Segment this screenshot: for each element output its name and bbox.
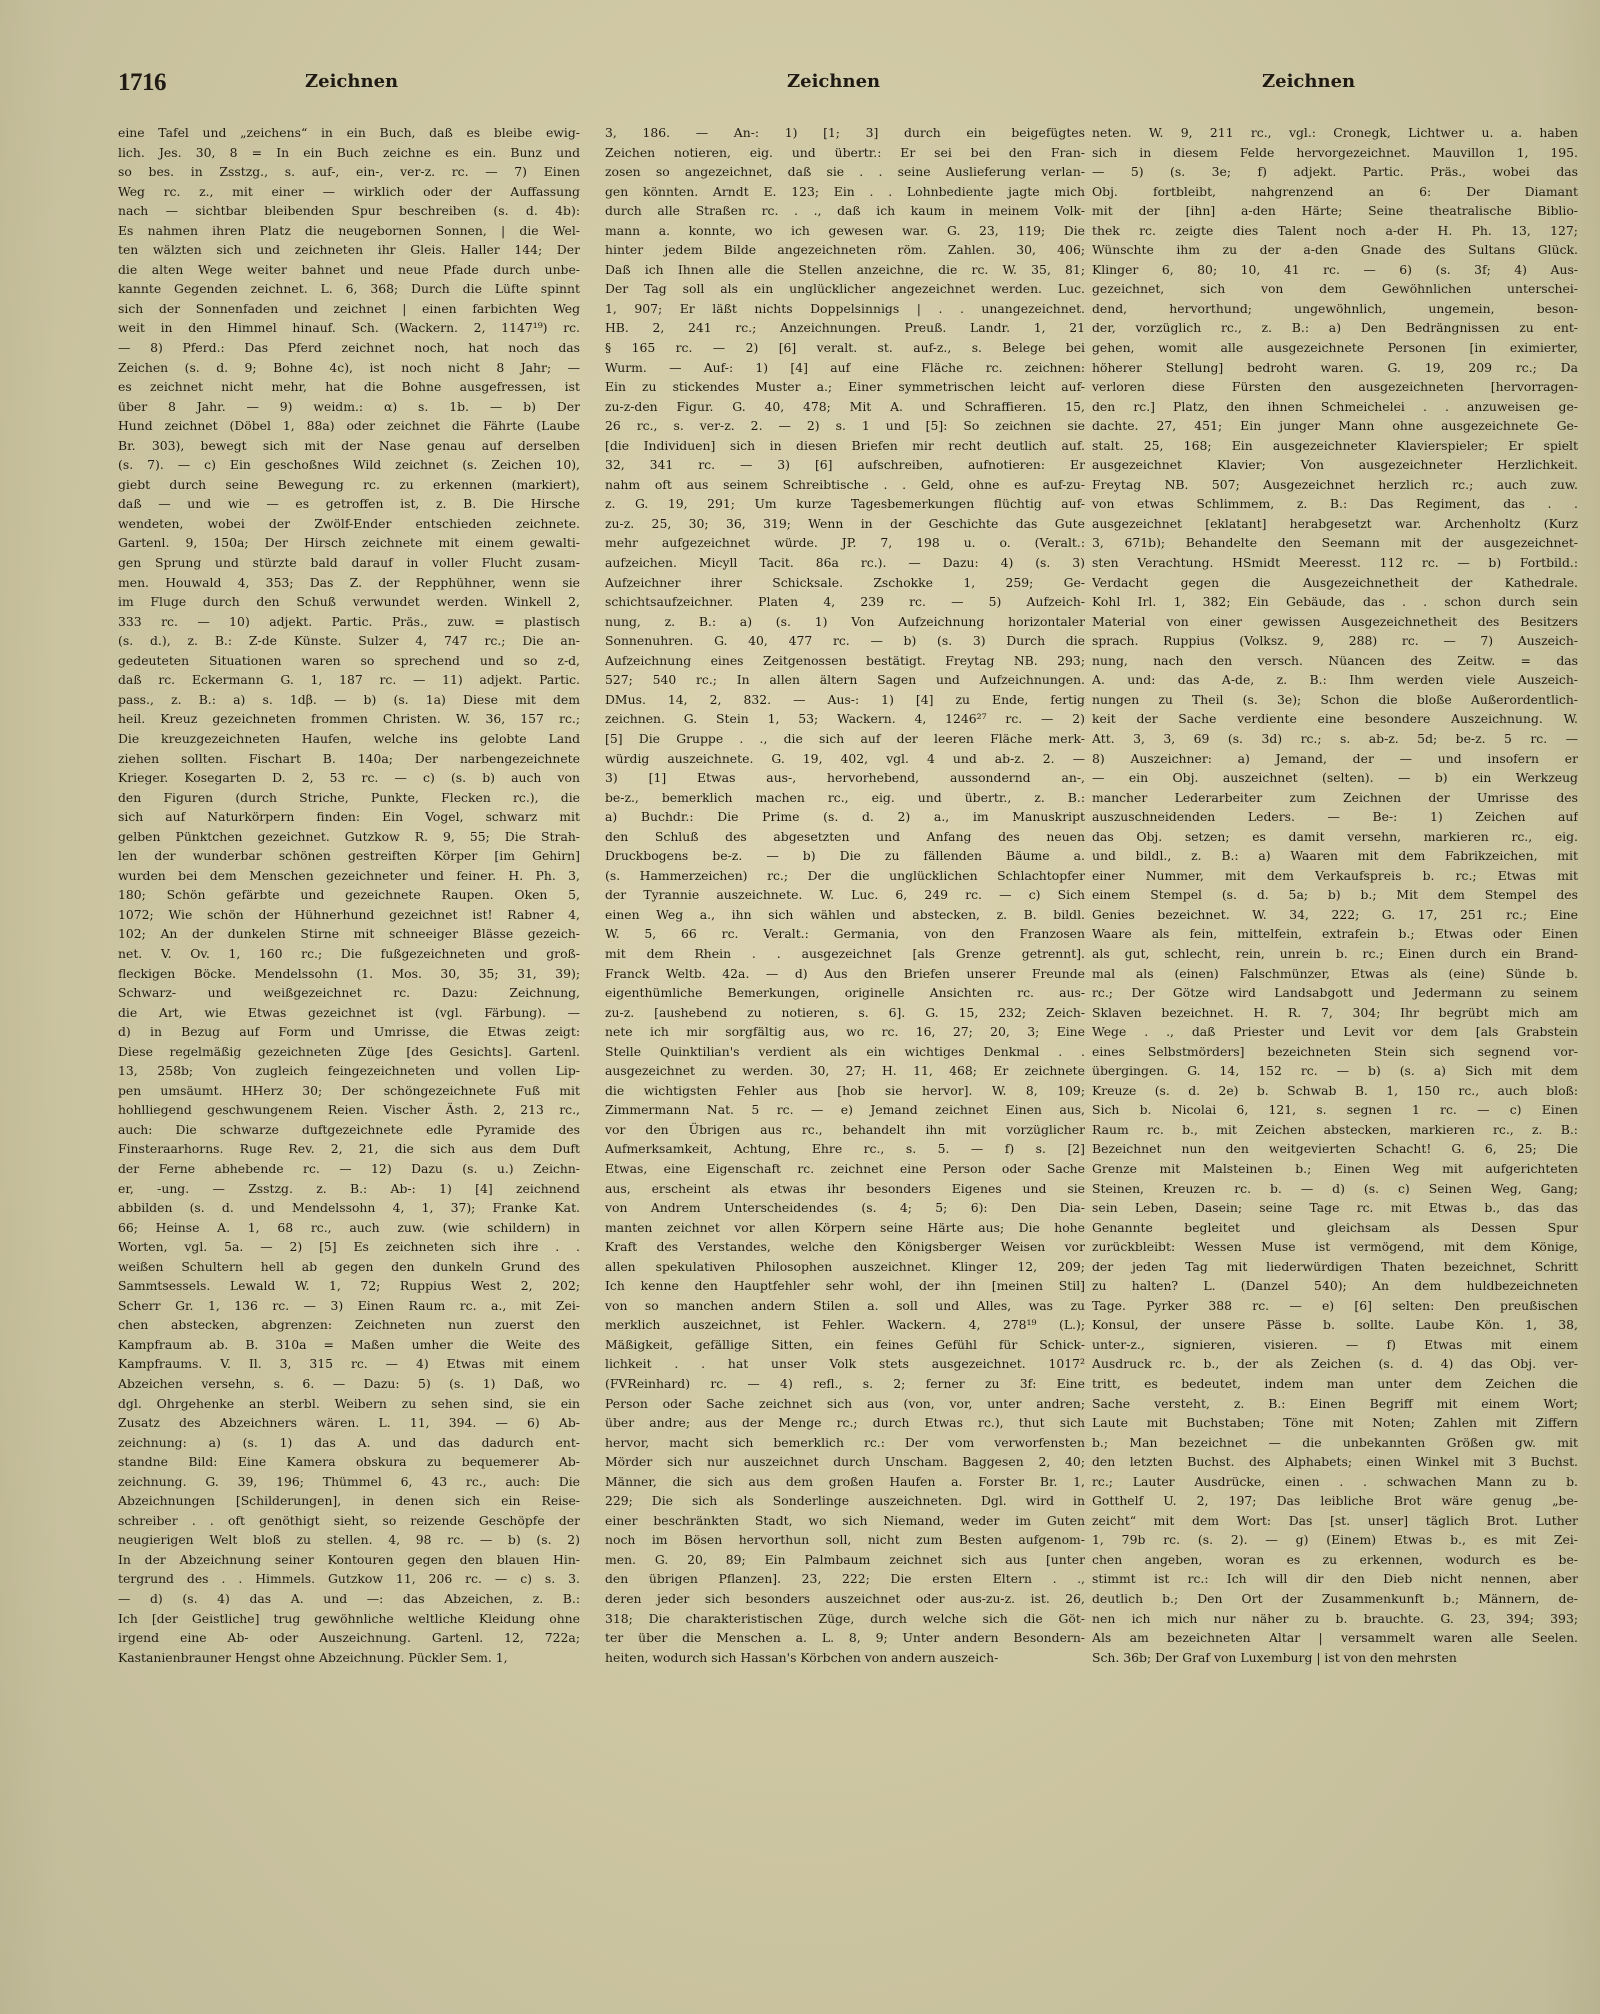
text-line: Sonnenuhren. G. 40, 477 rc. — b) (s. 3) …	[605, 631, 1085, 651]
text-line: Ein zu stickendes Muster a.; Einer symme…	[605, 377, 1085, 397]
text-line: (s. 7). — c) Ein geschoßnes Wild zeichne…	[118, 455, 580, 475]
text-line: eigenthümliche Bemerkungen, originelle A…	[605, 983, 1085, 1003]
text-line: b.; Man bezeichnet — die unbekannten Grö…	[1092, 1433, 1578, 1453]
text-line: Att. 3, 3, 69 (s. 3d) rc.; s. ab-z. 5d; …	[1092, 729, 1578, 749]
text-line: einen Weg a., ihn sich wählen und abstec…	[605, 905, 1085, 925]
text-line: Sklaven bezeichnet. H. R. 7, 304; Ihr be…	[1092, 1003, 1578, 1023]
text-line: von etwas Schlimmem, z. B.: Das Regiment…	[1092, 494, 1578, 514]
text-line: chen abstecken, abgrenzen: Zeichneten nu…	[118, 1315, 580, 1335]
text-line: eines Selbstmörders] bezeichneten Stein …	[1092, 1042, 1578, 1062]
text-line: auszuschneidenden Leders. — Be-: 1) Zeic…	[1092, 807, 1578, 827]
text-line: Abzeichen versehn, s. 6. — Dazu: 5) (s. …	[118, 1374, 580, 1394]
text-line: 1072; Wie schön der Hühnerhund gezeichne…	[118, 905, 580, 925]
text-line: Schwarz- und weißgezeichnet rc. Dazu: Ze…	[118, 983, 580, 1003]
running-head-right: Zeichnen	[1262, 71, 1355, 92]
text-line: 318; Die charakteristischen Züge, durch …	[605, 1609, 1085, 1629]
text-line: allen spekulativen Philosophen auszeichn…	[605, 1257, 1085, 1277]
text-line: weit in den Himmel hinauf. Sch. (Wackern…	[118, 318, 580, 338]
text-line: Wege . ., daß Priester und Levit vor dem…	[1092, 1022, 1578, 1042]
text-line: nete ich mir sorgfältig aus, wo rc. 16, …	[605, 1022, 1085, 1042]
text-line: 3, 186. — An-: 1) [1; 3] durch ein beige…	[605, 123, 1085, 143]
text-line: Bezeichnet nun den weitgevierten Schacht…	[1092, 1139, 1578, 1159]
text-line: zu-z. 25, 30; 36, 319; Wenn in der Gesch…	[605, 514, 1085, 534]
text-line: den übrigen Pflanzen]. 23, 222; Die erst…	[605, 1569, 1085, 1589]
text-line: nen ich mich nur näher zu b. brauchte. G…	[1092, 1609, 1578, 1629]
text-line: hervor, macht sich bemerklich rc.: Der v…	[605, 1433, 1085, 1453]
text-line: daß rc. Eckermann G. 1, 187 rc. — 11) ad…	[118, 670, 580, 690]
text-line: Etwas, eine Eigenschaft rc. zeichnet ein…	[605, 1159, 1085, 1179]
text-line: Zeichen notieren, eig. und übertr.: Er s…	[605, 143, 1085, 163]
text-line: § 165 rc. — 2) [6] veralt. st. auf-z., s…	[605, 338, 1085, 358]
text-line: neten. W. 9, 211 rc., vgl.: Cronegk, Lic…	[1092, 123, 1578, 143]
text-line: daß — und wie — es getroffen ist, z. B. …	[118, 494, 580, 514]
text-line: dgl. Ohrgehenke an sterbl. Weibern zu se…	[118, 1394, 580, 1414]
text-line: a) Buchdr.: Die Prime (s. d. 2) a., im M…	[605, 807, 1085, 827]
text-line: In der Abzeichnung seiner Kontouren gege…	[118, 1550, 580, 1570]
text-line: 333 rc. — 10) adjekt. Partic. Präs., zuw…	[118, 612, 580, 632]
text-line: ausgezeichnet Klavier; Von ausgezeichnet…	[1092, 455, 1578, 475]
text-line: es zeichnet nicht mehr, hat die Bohne au…	[118, 377, 580, 397]
text-line: der Ferne abhebende rc. — 12) Dazu (s. u…	[118, 1159, 580, 1179]
text-line: Kraft des Verstandes, welche den Königsb…	[605, 1237, 1085, 1257]
text-line: pass., z. B.: a) s. 1dβ. — b) (s. 1a) Di…	[118, 690, 580, 710]
text-line: mehr aufgezeichnet würde. JP. 7, 198 u. …	[605, 533, 1085, 553]
text-line: 26 rc., s. ver-z. 2. — 2) s. 1 und [5]: …	[605, 416, 1085, 436]
text-line: schreiber . . oft genöthigt sieht, so re…	[118, 1511, 580, 1531]
text-line: den Schluß des abgesetzten und Anfang de…	[605, 827, 1085, 847]
text-line: Gartenl. 9, 150a; Der Hirsch zeichnete m…	[118, 533, 580, 553]
text-line: DMus. 14, 2, 832. — Aus-: 1) [4] zu Ende…	[605, 690, 1085, 710]
text-line: einem Stempel (s. d. 5a; b) b.; Mit dem …	[1092, 885, 1578, 905]
text-line: A. und: das A-de, z. B.: Ihm werden viel…	[1092, 670, 1578, 690]
text-line: gehen, womit alle ausgezeichnete Persone…	[1092, 338, 1578, 358]
text-line: standne Bild: Eine Kamera obskura zu beq…	[118, 1452, 580, 1472]
text-line: deutlich b.; Den Ort der Zusammenkunft b…	[1092, 1589, 1578, 1609]
text-line: so bes. in Zsstzg., s. auf-, ein-, ver-z…	[118, 162, 580, 182]
text-line: Die kreuzgezeichneten Haufen, welche ins…	[118, 729, 580, 749]
text-line: den rc.] Platz, den ihnen Schmeichelei .…	[1092, 397, 1578, 417]
text-line: Hund zeichnet (Döbel 1, 88a) oder zeichn…	[118, 416, 580, 436]
text-line: Laute mit Buchstaben; Töne mit Noten; Za…	[1092, 1413, 1578, 1433]
text-line: zeicht“ mit dem Wort: Das [st. unser] tä…	[1092, 1511, 1578, 1531]
text-line: durch alle Straßen rc. . ., daß ich kaum…	[605, 201, 1085, 221]
text-line: Sache versteht, z. B.: Einen Begriff mit…	[1092, 1394, 1578, 1414]
text-line: Mäßigkeit, gefällige Sitten, ein feines …	[605, 1335, 1085, 1355]
running-head-middle: Zeichnen	[787, 71, 880, 92]
text-line: Aufmerksamkeit, Achtung, Ehre rc., s. 5.…	[605, 1139, 1085, 1159]
page-header: 1716 Zeichnen Zeichnen Zeichnen	[0, 63, 1600, 103]
text-line: Waare als fein, mittelfein, extrafein b.…	[1092, 924, 1578, 944]
text-line: stalt. 25, 168; Ein ausgezeichneter Klav…	[1092, 436, 1578, 456]
text-line: gezeichnet, sich von dem Gewöhnlichen un…	[1092, 279, 1578, 299]
text-line: [die Individuen] sich in diesen Briefen …	[605, 436, 1085, 456]
text-line: ter über die Menschen a. L. 8, 9; Unter …	[605, 1628, 1085, 1648]
text-line: (s. Hammerzeichen) rc.; Der die unglückl…	[605, 866, 1085, 886]
text-line: Zusatz des Abzeichners wären. L. 11, 394…	[118, 1413, 580, 1433]
text-line: Kampfraums. V. Il. 3, 315 rc. — 4) Etwas…	[118, 1354, 580, 1374]
text-line: Ausdruck rc. b., der als Zeichen (s. d. …	[1092, 1354, 1578, 1374]
text-line: das Obj. setzen; es damit versehn, marki…	[1092, 827, 1578, 847]
text-line: Krieger. Kosegarten D. 2, 53 rc. — c) (s…	[118, 768, 580, 788]
text-line: wurden bei dem Menschen gezeichneter und…	[118, 866, 580, 886]
text-line: dend, hervorthund; ungewöhnlich, ungemei…	[1092, 299, 1578, 319]
dictionary-page: 1716 Zeichnen Zeichnen Zeichnen eine Taf…	[0, 0, 1600, 2014]
text-column-left: eine Tafel und „zeichens“ in ein Buch, d…	[118, 123, 580, 1667]
text-line: Scherr Gr. 1, 136 rc. — 3) Einen Raum rc…	[118, 1296, 580, 1316]
text-line: einer beschränkten Stadt, wo sich Nieman…	[605, 1511, 1085, 1531]
text-line: den letzten Buchst. des Alphabets; einen…	[1092, 1452, 1578, 1472]
text-line: die alten Wege weiter bahnet und neue Pf…	[118, 260, 580, 280]
text-line: Genannte begleitet und gleichsam als Des…	[1092, 1218, 1578, 1238]
text-line: Wurm. — Auf-: 1) [4] auf eine Fläche rc.…	[605, 358, 1085, 378]
text-line: gen könnten. Arndt E. 123; Ein . . Lohnb…	[605, 182, 1085, 202]
text-line: len der wunderbar schönen gestreiften Kö…	[118, 846, 580, 866]
text-line: Klinger 6, 80; 10, 41 rc. — 6) (s. 3f; 4…	[1092, 260, 1578, 280]
text-line: 3, 671b); Behandelte den Seemann mit der…	[1092, 533, 1578, 553]
text-line: HB. 2, 241 rc.; Anzeichnungen. Preuß. La…	[605, 318, 1085, 338]
text-line: gen Sprung und stürzte bald darauf in vo…	[118, 553, 580, 573]
text-line: unter-z., signieren, visieren. — f) Etwa…	[1092, 1335, 1578, 1355]
text-line: zeichnen. G. Stein 1, 53; Wackern. 4, 12…	[605, 709, 1085, 729]
text-line: [5] Die Gruppe . ., die sich auf der lee…	[605, 729, 1085, 749]
text-line: nahm oft aus seinem Schreibtische . . Ge…	[605, 475, 1085, 495]
text-line: W. 5, 66 rc. Veralt.: Germania, von den …	[605, 924, 1085, 944]
text-line: Diese regelmäßig gezeichneten Züge [des …	[118, 1042, 580, 1062]
text-line: Kastanienbrauner Hengst ohne Abzeichnung…	[118, 1648, 580, 1668]
text-line: die Art, wie Etwas gezeichnet ist (vgl. …	[118, 1003, 580, 1023]
text-line: ten wälzten sich und zeichneten ihr Glei…	[118, 240, 580, 260]
text-line: Wünschte ihm zu der a-den Gnade des Sult…	[1092, 240, 1578, 260]
text-line: 32, 341 rc. — 3) [6] aufschreiben, aufno…	[605, 455, 1085, 475]
text-line: schichtsaufzeichner. Platen 4, 239 rc. —…	[605, 592, 1085, 612]
text-line: men. Houwald 4, 353; Das Z. der Repphühn…	[118, 573, 580, 593]
text-line: pen umsäumt. HHerz 30; Der schöngezeichn…	[118, 1081, 580, 1101]
text-line: auch: Die schwarze duftgezeichnete edle …	[118, 1120, 580, 1140]
text-line: sein Leben, Dasein; seine Tage rc. mit E…	[1092, 1198, 1578, 1218]
text-line: 229; Die sich als Sonderlinge auszeichne…	[605, 1491, 1085, 1511]
text-line: die wichtigsten Fehler aus [hob sie herv…	[605, 1081, 1085, 1101]
text-line: net. V. Ov. 1, 160 rc.; Die fußgezeichne…	[118, 944, 580, 964]
text-line: Verdacht gegen die Ausgezeichnetheit der…	[1092, 573, 1578, 593]
text-line: Freytag NB. 507; Ausgezeichnet herzlich …	[1092, 475, 1578, 495]
text-line: (FVReinhard) rc. — 4) refl., s. 2; ferne…	[605, 1374, 1085, 1394]
text-line: neugierigen Welt bloß zu stellen. 4, 98 …	[118, 1530, 580, 1550]
text-line: Daß ich Ihnen alle die Stellen anzeichne…	[605, 260, 1085, 280]
text-line: über andre; aus der Menge rc.; durch Etw…	[605, 1413, 1085, 1433]
text-line: Worten, vgl. 5a. — 2) [5] Es zeichneten …	[118, 1237, 580, 1257]
text-line: Franck Weltb. 42a. — d) Aus den Briefen …	[605, 964, 1085, 984]
text-line: tritt, es bedeutet, indem man unter dem …	[1092, 1374, 1578, 1394]
running-head-left: Zeichnen	[305, 71, 398, 92]
text-line: sich in diesem Felde hervorgezeichnet. M…	[1092, 143, 1578, 163]
text-line: übergingen. G. 14, 152 rc. — b) (s. a) S…	[1092, 1061, 1578, 1081]
text-line: irgend eine Ab- oder Auszeichnung. Garte…	[118, 1628, 580, 1648]
text-column-right: neten. W. 9, 211 rc., vgl.: Cronegk, Lic…	[1092, 123, 1578, 1667]
text-line: gelben Pünktchen gezeichnet. Gutzkow R. …	[118, 827, 580, 847]
text-line: 180; Schön gefärbte und gezeichnete Raup…	[118, 885, 580, 905]
text-line: wendeten, wobei der Zwölf-Ender entschie…	[118, 514, 580, 534]
text-line: rc.; Der Götze wird Landsabgott und Jede…	[1092, 983, 1578, 1003]
text-line: ziehen sollten. Fischart B. 140a; Der na…	[118, 749, 580, 769]
text-line: der Tyrannie auszeichnete. W. Luc. 6, 24…	[605, 885, 1085, 905]
text-line: Sch. 36b; Der Graf von Luxemburg | ist v…	[1092, 1648, 1578, 1668]
text-line: sprach. Ruppius (Volksz. 9, 288) rc. — 7…	[1092, 631, 1578, 651]
text-line: mann a. konnte, wo ich gewesen war. G. 2…	[605, 221, 1085, 241]
text-line: zosen so angezeichnet, daß sie . . seine…	[605, 162, 1085, 182]
text-line: lich. Jes. 30, 8 = In ein Buch zeichne e…	[118, 143, 580, 163]
text-line: Grenze mit Malsteinen b.; Einen Weg mit …	[1092, 1159, 1578, 1179]
text-line: der, vorzüglich rc., z. B.: a) Den Bedrä…	[1092, 318, 1578, 338]
text-line: über 8 Jahr. — 9) weidm.: α) s. 1b. — b)…	[118, 397, 580, 417]
text-line: aus, erscheint als etwas ihr besonders E…	[605, 1179, 1085, 1199]
text-line: er, -ung. — Zsstzg. z. B.: Ab-: 1) [4] z…	[118, 1179, 580, 1199]
text-line: ausgezeichnet zu werden. 30, 27; H. 11, …	[605, 1061, 1085, 1081]
text-line: mancher Lederarbeiter zum Zeichnen der U…	[1092, 788, 1578, 808]
text-line: keit der Sache verdiente eine besondere …	[1092, 709, 1578, 729]
text-line: noch im Bösen hervorthun soll, nicht zum…	[605, 1530, 1085, 1550]
text-line: zu-z-den Figur. G. 40, 478; Mit A. und S…	[605, 397, 1085, 417]
text-line: — 8) Pferd.: Das Pferd zeichnet noch, ha…	[118, 338, 580, 358]
text-line: Stelle Quinktilian's verdient als ein wi…	[605, 1042, 1085, 1062]
text-line: Genies bezeichnet. W. 34, 222; G. 17, 25…	[1092, 905, 1578, 925]
text-line: chen angeben, woran es zu erkennen, wodu…	[1092, 1550, 1578, 1570]
text-line: zu halten? L. (Danzel 540); An dem huldb…	[1092, 1276, 1578, 1296]
text-line: Als am bezeichneten Altar | versammelt w…	[1092, 1628, 1578, 1648]
text-line: Zimmermann Nat. 5 rc. — e) Jemand zeichn…	[605, 1100, 1085, 1120]
text-line: verloren diese Fürsten den ausgezeichnet…	[1092, 377, 1578, 397]
text-line: als gut, schlecht, rein, unrein b. rc.; …	[1092, 944, 1578, 964]
text-line: und bildl., z. B.: a) Waaren mit dem Fab…	[1092, 846, 1578, 866]
text-line: Gotthelf U. 2, 197; Das leibliche Brot w…	[1092, 1491, 1578, 1511]
page-number: 1716	[118, 69, 166, 97]
text-line: 1, 79b rc. (s. 2). — g) (Einem) Etwas b.…	[1092, 1530, 1578, 1550]
text-line: Material von einer gewissen Ausgezeichne…	[1092, 612, 1578, 632]
text-line: Ich [der Geistliche] trug gewöhnliche we…	[118, 1609, 580, 1629]
text-line: Raum rc. b., mit Zeichen abstecken, mark…	[1092, 1120, 1578, 1140]
text-line: tergrund des . . Himmels. Gutzkow 11, 20…	[118, 1569, 580, 1589]
text-line: Männer, die sich aus dem großen Haufen a…	[605, 1472, 1085, 1492]
text-line: men. G. 20, 89; Ein Palmbaum zeichnet si…	[605, 1550, 1085, 1570]
text-line: Der Tag soll als ein unglücklicher angez…	[605, 279, 1085, 299]
text-line: — d) (s. 4) das A. und —: das Abzeichen,…	[118, 1589, 580, 1609]
text-line: Zeichen (s. d. 9; Bohne 4c), ist noch ni…	[118, 358, 580, 378]
text-line: Mörder sich nur auszeichnet durch Unscha…	[605, 1452, 1085, 1472]
text-line: aufzeichen. Micyll Tacit. 86a rc.). — Da…	[605, 553, 1085, 573]
text-line: 102; An der dunkelen Stirne mit schneeig…	[118, 924, 580, 944]
text-line: Sich b. Nicolai 6, 121, s. segnen 1 rc. …	[1092, 1100, 1578, 1120]
text-line: im Fluge durch den Schuß verwundet werde…	[118, 592, 580, 612]
text-line: 527; 540 rc.; In allen ältern Sagen und …	[605, 670, 1085, 690]
text-line: nung, z. B.: a) (s. 1) Von Aufzeichnung …	[605, 612, 1085, 632]
text-line: mit dem Rhein . . ausgezeichnet [als Gre…	[605, 944, 1085, 964]
text-line: vor den Übrigen aus rc., behandelt ihn m…	[605, 1120, 1085, 1140]
text-line: giebt durch seine Bewegung rc. zu erkenn…	[118, 475, 580, 495]
text-line: von Andrem Unterscheidendes (s. 4; 5; 6)…	[605, 1198, 1085, 1218]
text-line: 3) [1] Etwas aus-, hervorhebend, aussond…	[605, 768, 1085, 788]
text-line: Kreuze (s. d. 2e) b. Schwab B. 1, 150 rc…	[1092, 1081, 1578, 1101]
text-line: heiten, wodurch sich Hassan's Körbchen v…	[605, 1648, 1085, 1668]
text-line: Aufzeichner ihrer Schicksale. Zschokke 1…	[605, 573, 1085, 593]
text-line: sich der Sonnenfaden und zeichnet | eine…	[118, 299, 580, 319]
text-line: lichkeit . . hat unser Volk stets ausgez…	[605, 1354, 1085, 1374]
text-line: zu-z. [aushebend zu notieren, s. 6]. G. …	[605, 1003, 1085, 1023]
text-line: dachte. 27, 451; Ein junger Mann ohne au…	[1092, 416, 1578, 436]
text-line: Tage. Pyrker 388 rc. — e) [6] selten: De…	[1092, 1296, 1578, 1316]
text-line: heil. Kreuz gezeichneten frommen Christe…	[118, 709, 580, 729]
text-line: be-z., bemerklich machen rc., eig. und ü…	[605, 788, 1085, 808]
text-line: der jeden Tag mit liederwürdigen Thaten …	[1092, 1257, 1578, 1277]
text-line: mit der [ihn] a-den Härte; Seine theatra…	[1092, 201, 1578, 221]
text-line: Es nahmen ihren Platz die neugebornen So…	[118, 221, 580, 241]
text-line: rc.; Lauter Ausdrücke, einen . . schwach…	[1092, 1472, 1578, 1492]
text-line: 13, 258b; Von zugleich feingezeichneten …	[118, 1061, 580, 1081]
text-line: merklich auszeichnet, ist Fehler. Wacker…	[605, 1315, 1085, 1335]
text-line: mal als (einen) Falschmünzer, Etwas als …	[1092, 964, 1578, 984]
text-line: weißen Schultern hell ab gegen den dunke…	[118, 1257, 580, 1277]
text-line: einer Nummer, mit dem Verkaufspreis b. r…	[1092, 866, 1578, 886]
text-line: abbilden (s. d. und Mendelssohn 4, 1, 37…	[118, 1198, 580, 1218]
text-line: zeichnung. G. 39, 196; Thümmel 6, 43 rc.…	[118, 1472, 580, 1492]
text-line: d) in Bezug auf Form und Umrisse, die Et…	[118, 1022, 580, 1042]
text-line: Ich kenne den Hauptfehler sehr wohl, der…	[605, 1276, 1085, 1296]
text-line: Konsul, der unsere Pässe b. sollte. Laub…	[1092, 1315, 1578, 1335]
text-line: Steinen, Kreuzen rc. b. — d) (s. c) Sein…	[1092, 1179, 1578, 1199]
text-line: Weg rc. z., mit einer — wirklich oder de…	[118, 182, 580, 202]
text-line: (s. d.), z. B.: Z-de Künste. Sulzer 4, 7…	[118, 631, 580, 651]
text-line: nung, nach den versch. Nüancen des Zeitw…	[1092, 651, 1578, 671]
text-line: würdig auszeichnete. G. 19, 402, vgl. 4 …	[605, 749, 1085, 769]
text-line: hinter jedem Bilde angezeichneten röm. Z…	[605, 240, 1085, 260]
text-line: sich auf Naturkörpern finden: Ein Vogel,…	[118, 807, 580, 827]
text-line: zeichnung: a) (s. 1) das A. und das dadu…	[118, 1433, 580, 1453]
text-line: 66; Heinse A. 1, 68 rc., auch zuw. (wie …	[118, 1218, 580, 1238]
text-line: ausgezeichnet [eklatant] herabgesetzt wa…	[1092, 514, 1578, 534]
text-line: Aufzeichnung eines Zeitgenossen bestätig…	[605, 651, 1085, 671]
text-column-middle: 3, 186. — An-: 1) [1; 3] durch ein beige…	[605, 123, 1085, 1667]
text-line: Druckbogens be-z. — b) Die zu fällenden …	[605, 846, 1085, 866]
text-line: fleckigen Böcke. Mendelssohn (1. Mos. 30…	[118, 964, 580, 984]
text-line: zurückbleibt: Wessen Muse ist vermögend,…	[1092, 1237, 1578, 1257]
text-line: sten Verachtung. HSmidt Meeresst. 112 rc…	[1092, 553, 1578, 573]
text-line: Abzeichnungen [Schilderungen], in denen …	[118, 1491, 580, 1511]
text-line: manten zeichnet vor allen Körpern seine …	[605, 1218, 1085, 1238]
text-line: kannte Gegenden zeichnet. L. 6, 368; Dur…	[118, 279, 580, 299]
text-line: gedeuteten Situationen waren so sprechen…	[118, 651, 580, 671]
text-line: Kampfraum ab. B. 310a = Maßen umher die …	[118, 1335, 580, 1355]
text-line: hohlliegend geschwungenem Reien. Vischer…	[118, 1100, 580, 1120]
text-line: nach — sichtbar bleibenden Spur beschrei…	[118, 201, 580, 221]
text-line: Kohl Irl. 1, 382; Ein Gebäude, das . . s…	[1092, 592, 1578, 612]
text-line: Finsteraarhorns. Ruge Rev. 2, 21, die si…	[118, 1139, 580, 1159]
text-line: Obj. fortbleibt, nahgrenzend an 6: Der D…	[1092, 182, 1578, 202]
text-line: thek rc. zeigte dies Talent noch a-der H…	[1092, 221, 1578, 241]
text-line: Person oder Sache zeichnet sich aus (von…	[605, 1394, 1085, 1414]
text-line: 8) Auszeichner: a) Jemand, der — und ins…	[1092, 749, 1578, 769]
text-line: Br. 303), bewegt sich mit der Nase genau…	[118, 436, 580, 456]
text-line: Sammtsessels. Lewald W. 1, 72; Ruppius W…	[118, 1276, 580, 1296]
text-line: eine Tafel und „zeichens“ in ein Buch, d…	[118, 123, 580, 143]
text-line: — 5) (s. 3e; f) adjekt. Partic. Präs., w…	[1092, 162, 1578, 182]
text-line: nungen zu Theil (s. 3e); Schon die bloße…	[1092, 690, 1578, 710]
text-line: stimmt ist rc.: Ich will dir den Dieb ni…	[1092, 1569, 1578, 1589]
text-line: — ein Obj. auszeichnet (selten). — b) ei…	[1092, 768, 1578, 788]
text-line: z. G. 19, 291; Um kurze Tagesbemerkungen…	[605, 494, 1085, 514]
text-line: 1, 907; Er läßt nichts Doppelsinnigs | .…	[605, 299, 1085, 319]
text-line: den Figuren (durch Striche, Punkte, Flec…	[118, 788, 580, 808]
text-line: von so manchen andern Stilen a. soll und…	[605, 1296, 1085, 1316]
text-line: höherer Stellung] bedroht waren. G. 19, …	[1092, 358, 1578, 378]
text-line: deren jeder sich besonders auszeichnet o…	[605, 1589, 1085, 1609]
